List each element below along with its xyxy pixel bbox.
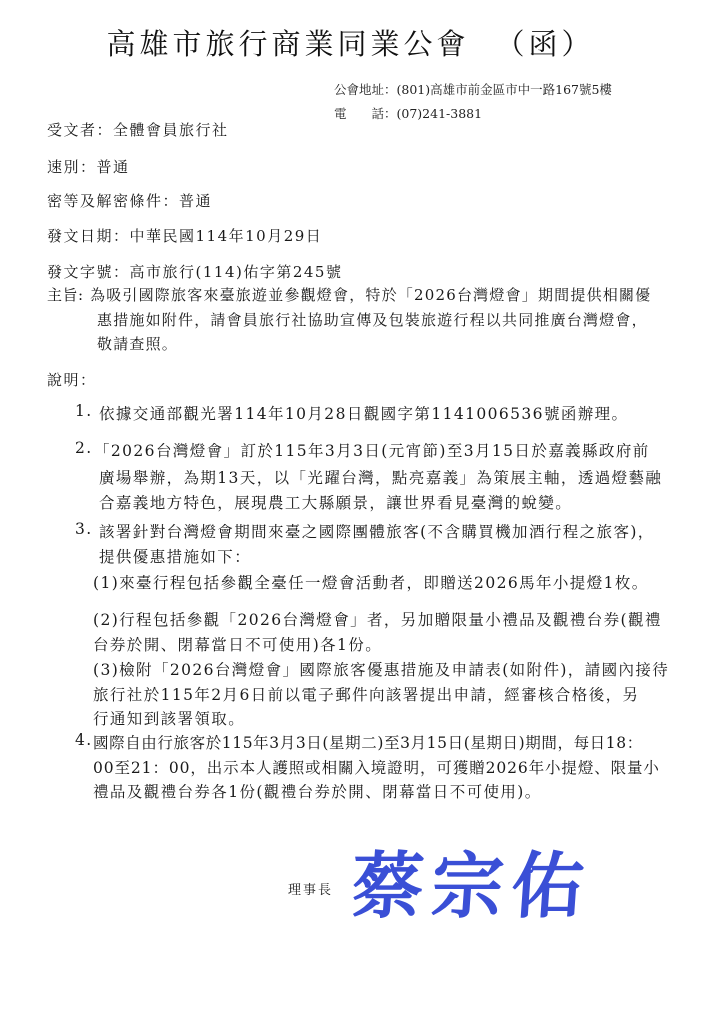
item-line: 合嘉義地方特色，展現農工大縣願景，讓世界看見臺灣的蛻變。 bbox=[99, 491, 572, 513]
item-line: 00至21：00，出示本人護照或相關入境證明，可獲贈2026年小提燈、限量小 bbox=[93, 756, 660, 778]
doc-type: （函） bbox=[496, 27, 595, 61]
item-line: 提供優惠措施如下： bbox=[99, 545, 251, 567]
sub-item-line: (2)行程包括參觀「2026台灣燈會」者，另加贈限量小禮品及觀禮台券(觀禮 bbox=[93, 608, 662, 630]
subject-line: 為吸引國際旅客來臺旅遊並參觀燈會，特於「2026台灣燈會」期間提供相關優 bbox=[90, 284, 651, 305]
recipient: 受文者：全體會員旅行社 bbox=[47, 119, 229, 140]
item-line: 「2026台灣燈會」訂於115年3月3日(元宵節)至3月15日於嘉義縣政府前 bbox=[94, 439, 650, 461]
item-line: 國際自由行旅客於115年3月3日(星期二)至3月15日(星期日)期間，每日18： bbox=[93, 731, 643, 753]
speed-class: 速別：普通 bbox=[47, 156, 130, 177]
confidentiality: 密等及解密條件：普通 bbox=[47, 190, 212, 211]
item-line: 禮品及觀禮台券各1份(觀禮台券於開、閉幕當日不可使用)。 bbox=[93, 780, 542, 802]
sub-item-line: 台券於開、閉幕當日不可使用)各1份。 bbox=[93, 633, 382, 655]
sub-item-line: 旅行社於115年2月6日前以電子郵件向該署提出申請，經審核合格後，另 bbox=[93, 683, 639, 705]
item-number: 3. bbox=[75, 520, 93, 538]
item-number: 4. bbox=[75, 731, 93, 749]
subject-line: 惠措施如附件，請會員旅行社協助宣傳及包裝旅遊行程以共同推廣台灣燈會， bbox=[97, 309, 648, 330]
sub-item-line: 行通知到該署領取。 bbox=[93, 707, 245, 729]
issue-date: 發文日期：中華民國114年10月29日 bbox=[47, 225, 322, 246]
item-line: 廣場舉辦，為期13天，以「光躍台灣，點亮嘉義」為策展主軸，透過燈藝融 bbox=[99, 466, 662, 488]
org-title: 高雄市旅行商業同業公會 bbox=[106, 27, 469, 61]
subject-line: 敬請查照。 bbox=[97, 333, 178, 354]
sub-item-line: (1)來臺行程包括參觀全臺任一燈會活動者，即贈送2026馬年小提燈1枚。 bbox=[93, 571, 649, 593]
subject-label: 主旨: bbox=[47, 284, 84, 305]
item-number: 1. bbox=[75, 402, 93, 420]
sub-item-line: (3)檢附「2026台灣燈會」國際旅客優惠措施及申請表(如附件)，請國內接待 bbox=[93, 658, 669, 680]
org-address: 公會地址：(801)高雄市前金區市中一路167號5樓 bbox=[334, 80, 612, 98]
letterhead-title: 高雄市旅行商業同業公會（函） bbox=[0, 22, 701, 63]
item-number: 2. bbox=[75, 439, 93, 457]
chairman-signature: 蔡宗佑 bbox=[348, 828, 595, 932]
chairman-title: 理事長 bbox=[288, 879, 333, 898]
doc-number: 發文字號：高市旅行(114)佑字第245號 bbox=[47, 261, 342, 282]
item-line: 依據交通部觀光署114年10月28日觀國字第1141006536號函辦理。 bbox=[99, 402, 628, 424]
org-phone: 電 話：(07)241-3881 bbox=[334, 104, 482, 122]
item-line: 該署針對台灣燈會期間來臺之國際團體旅客(不含購買機加酒行程之旅客)， bbox=[99, 520, 655, 542]
explanation-label: 說明： bbox=[47, 369, 97, 390]
